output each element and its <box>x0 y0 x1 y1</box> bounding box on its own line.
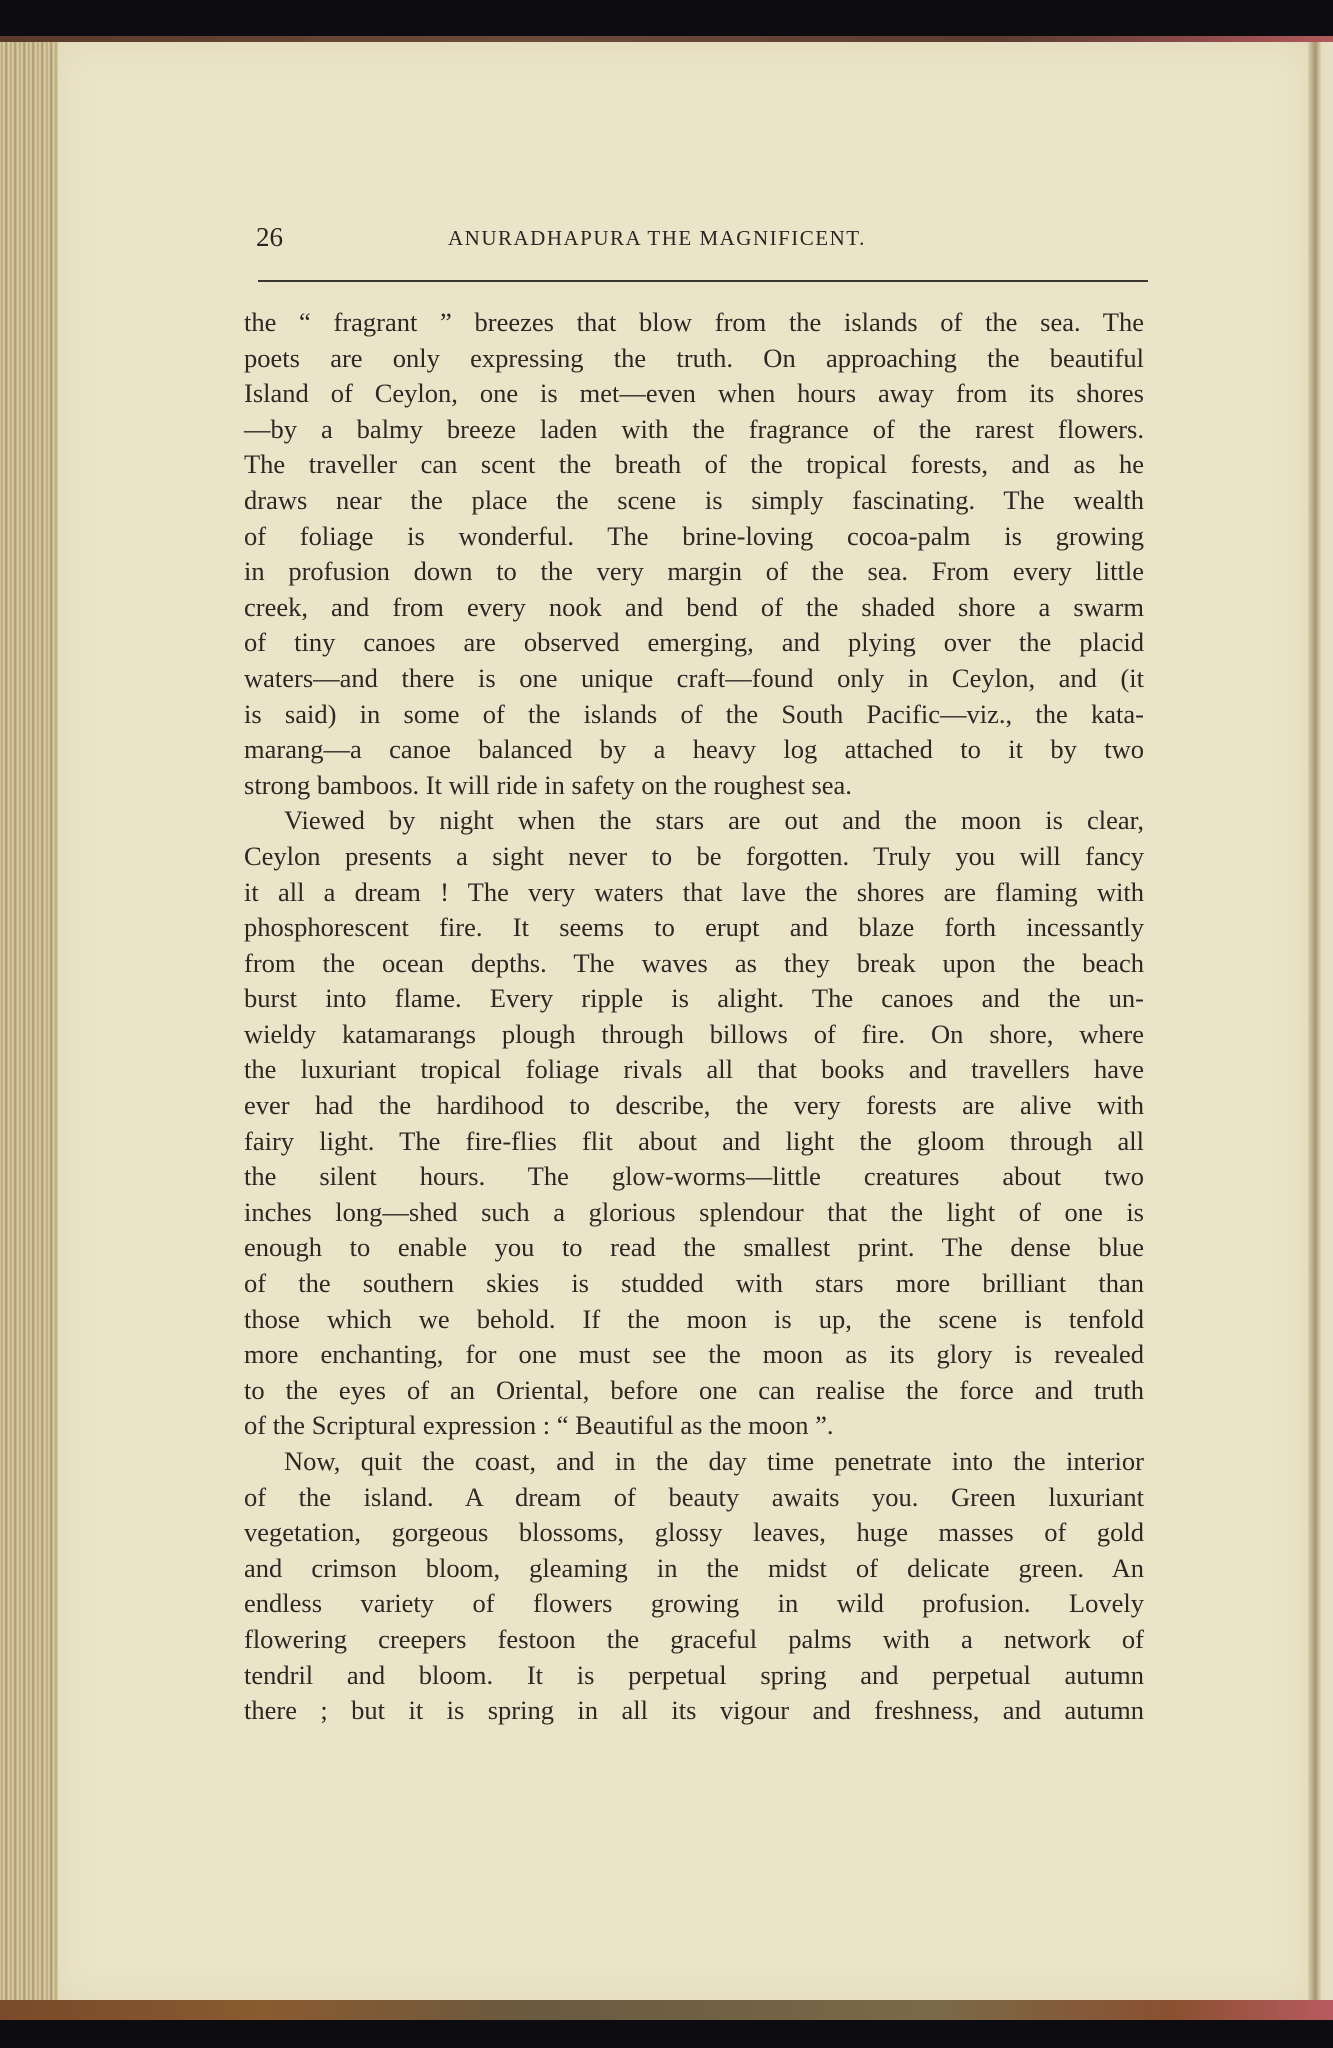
header-rule <box>258 280 1148 282</box>
text-line: of foliage is wonderful. The brine-lovin… <box>244 519 1144 555</box>
text-line: of the Scriptural expression : “ Beautif… <box>244 1408 1144 1444</box>
text-line: Island of Ceylon, one is met—even when h… <box>244 376 1144 412</box>
book-bottom-edge <box>0 2000 1333 2020</box>
text-line: of the southern skies is studded with st… <box>244 1266 1144 1302</box>
text-line: in profusion down to the very margin of … <box>244 554 1144 590</box>
page-header: 26 ANURADHAPURA THE MAGNIFICENT. <box>256 222 1146 252</box>
text-line: fairy light. The fire-flies flit about a… <box>244 1124 1144 1160</box>
text-line: the luxuriant tropical foliage rivals al… <box>244 1052 1144 1088</box>
page-number: 26 <box>256 222 283 253</box>
text-line: to the eyes of an Oriental, before one c… <box>244 1373 1144 1409</box>
text-line: vegetation, gorgeous blossoms, glossy le… <box>244 1515 1144 1551</box>
text-line: endless variety of flowers growing in wi… <box>244 1586 1144 1622</box>
text-line: strong bamboos. It will ride in safety o… <box>244 768 1144 804</box>
running-title: ANURADHAPURA THE MAGNIFICENT. <box>448 226 866 251</box>
text-line: the silent hours. The glow-worms—little … <box>244 1159 1144 1195</box>
text-line: Ceylon presents a sight never to be forg… <box>244 839 1144 875</box>
text-line: waters—and there is one unique craft—fou… <box>244 661 1144 697</box>
page-stack-left <box>0 42 60 2004</box>
text-line: Viewed by night when the stars are out a… <box>244 803 1144 839</box>
text-line: The traveller can scent the breath of th… <box>244 447 1144 483</box>
text-line: tendril and bloom. It is perpetual sprin… <box>244 1658 1144 1694</box>
text-line: from the ocean depths. The waves as they… <box>244 946 1144 982</box>
text-line: poets are only expressing the truth. On … <box>244 341 1144 377</box>
text-line: it all a dream ! The very waters that la… <box>244 875 1144 911</box>
text-line: is said) in some of the islands of the S… <box>244 697 1144 733</box>
text-line: —by a balmy breeze laden with the fragra… <box>244 412 1144 448</box>
body-text: the “ fragrant ” breezes that blow from … <box>244 305 1144 1729</box>
text-line: there ; but it is spring in all its vigo… <box>244 1693 1144 1729</box>
text-line: enough to enable you to read the smalles… <box>244 1230 1144 1266</box>
text-line: of tiny canoes are observed emerging, an… <box>244 625 1144 661</box>
text-line: flowering creepers festoon the graceful … <box>244 1622 1144 1658</box>
text-line: creek, and from every nook and bend of t… <box>244 590 1144 626</box>
text-line: those which we behold. If the moon is up… <box>244 1302 1144 1338</box>
page-gutter-right <box>1308 42 1333 2004</box>
text-line: inches long—shed such a glorious splendo… <box>244 1195 1144 1231</box>
text-line: ever had the hardihood to describe, the … <box>244 1088 1144 1124</box>
text-line: more enchanting, for one must see the mo… <box>244 1337 1144 1373</box>
text-line: Now, quit the coast, and in the day time… <box>244 1444 1144 1480</box>
text-line: draws near the place the scene is simply… <box>244 483 1144 519</box>
text-line: burst into flame. Every ripple is alight… <box>244 981 1144 1017</box>
text-line: marang—a canoe balanced by a heavy log a… <box>244 732 1144 768</box>
text-line: and crimson bloom, gleaming in the midst… <box>244 1551 1144 1587</box>
text-line: phosphorescent fire. It seems to erupt a… <box>244 910 1144 946</box>
text-line: the “ fragrant ” breezes that blow from … <box>244 305 1144 341</box>
text-line: wieldy katamarangs plough through billow… <box>244 1017 1144 1053</box>
text-line: of the island. A dream of beauty awaits … <box>244 1480 1144 1516</box>
